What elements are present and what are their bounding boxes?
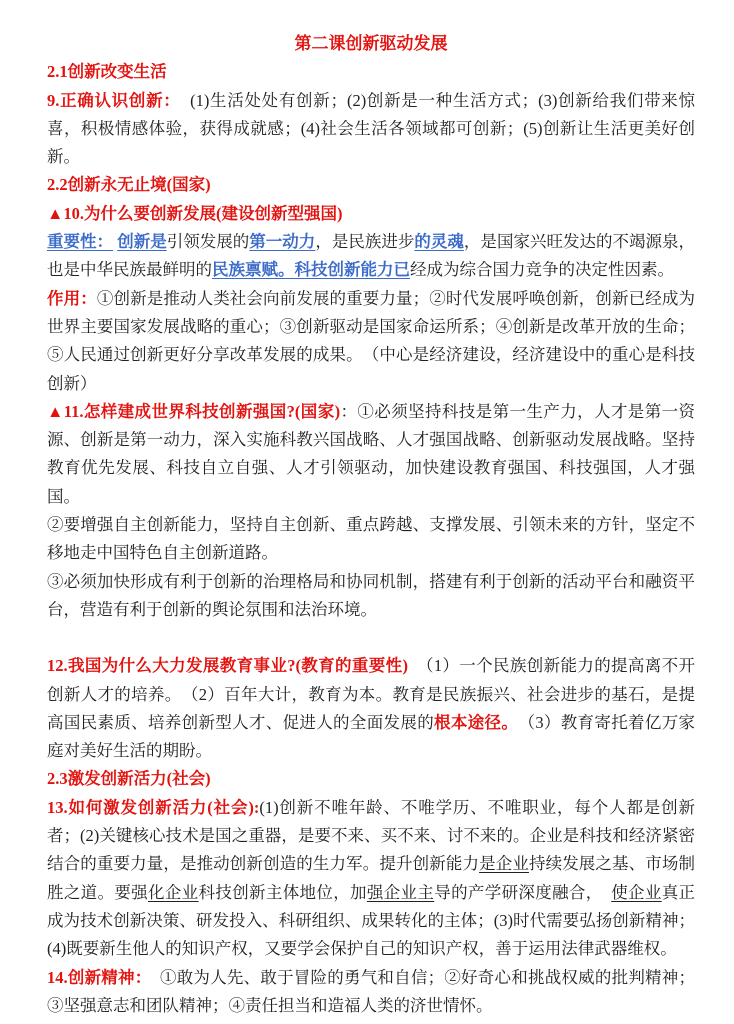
document-title: 第二课创新驱动发展 bbox=[47, 30, 695, 58]
text-run: 2.3激发创新活力(社会) bbox=[47, 769, 211, 788]
text-run: 创新是 bbox=[117, 232, 167, 251]
text-run: ▲11.怎样建成世界科技创新强国?(国家) bbox=[47, 402, 340, 421]
text-run: 使企业 bbox=[611, 883, 662, 902]
text-run: 第一动力 bbox=[249, 232, 315, 251]
text-run: 2.1创新改变生活 bbox=[47, 62, 167, 81]
text-run: 13.如何激发创新活力(社会): bbox=[47, 798, 259, 817]
text-run: 14.创新精神： bbox=[47, 968, 143, 987]
item-11-point-3: ③必须加快形成有利于创新的治理格局和协同机制，搭建有利于创新的活动平台和融资平台… bbox=[47, 568, 695, 625]
text-run: 作用： bbox=[47, 289, 97, 308]
item-10-role: 作用：①创新是推动人类社会向前发展的重要力量；②时代发展呼唤创新，创新已经成为世… bbox=[47, 285, 695, 398]
text-run: ①创新是推动人类社会向前发展的重要力量；②时代发展呼唤创新，创新已经成为世界主要… bbox=[47, 289, 695, 393]
document-page: 第二课创新驱动发展 2.1创新改变生活9.正确认识创新： (1)生活处处有创新；… bbox=[0, 0, 734, 1024]
text-run: 重要性： bbox=[47, 232, 113, 251]
item-13-stimulate-innovation: 13.如何激发创新活力(社会):(1)创新不唯年龄、不唯学历、不唯职业，每个人都… bbox=[47, 794, 695, 964]
text-run: 科技创新能力已 bbox=[295, 260, 411, 279]
heading-2-3: 2.3激发创新活力(社会) bbox=[47, 765, 695, 793]
blank-line bbox=[47, 624, 695, 652]
text-run: 科技创新主体地位，加 bbox=[199, 883, 367, 902]
item-9-understand-innovation: 9.正确认识创新： (1)生活处处有创新；(2)创新是一种生活方式；(3)创新给… bbox=[47, 87, 695, 172]
item-11-point-2: ②要增强自主创新能力，坚持自主创新、重点跨越、支撑发展、引领未来的方针，坚定不移… bbox=[47, 511, 695, 568]
item-11-how-to-build: ▲11.怎样建成世界科技创新强国?(国家)：①必须坚持科技是第一生产力，人才是第… bbox=[47, 398, 695, 511]
text-run: 化企业 bbox=[148, 883, 199, 902]
text-run: 2.2创新永无止境(国家) bbox=[47, 175, 211, 194]
text-run: 民族禀赋。 bbox=[212, 260, 295, 279]
heading-2-1: 2.1创新改变生活 bbox=[47, 58, 695, 86]
text-run: ①敢为人先、敢于冒险的勇气和自信；②好奇心和挑战权威的批判精神；③坚强意志和团队… bbox=[47, 968, 695, 1015]
text-run: ▲10.为什么要创新发展(建设创新型强国) bbox=[47, 204, 342, 223]
text-run: 经成为综合国力竞争的决定性因素。 bbox=[410, 260, 674, 279]
text-run: 9.正确认识创新： bbox=[47, 91, 180, 110]
item-10-why-innovate-heading: ▲10.为什么要创新发展(建设创新型强国) bbox=[47, 200, 695, 228]
text-run: 是企业 bbox=[479, 854, 529, 873]
text-run: 12.我国为什么大力发展教育事业?(教育的重要性) bbox=[47, 656, 408, 675]
text-run: ②要增强自主创新能力，坚持自主创新、重点跨越、支撑发展、引领未来的方针，坚定不移… bbox=[47, 515, 695, 562]
heading-2-2: 2.2创新永无止境(国家) bbox=[47, 171, 695, 199]
text-run: 强企业主 bbox=[367, 883, 434, 902]
text-run: 导的产学研深度融合， bbox=[434, 883, 611, 902]
item-14-innovation-spirit: 14.创新精神： ①敢为人先、敢于冒险的勇气和自信；②好奇心和挑战权威的批判精神… bbox=[47, 964, 695, 1021]
document-body: 2.1创新改变生活9.正确认识创新： (1)生活处处有创新；(2)创新是一种生活… bbox=[47, 58, 695, 1020]
item-12-education: 12.我国为什么大力发展教育事业?(教育的重要性) （1）一个民族创新能力的提高… bbox=[47, 652, 695, 765]
text-run: 根本途径。 bbox=[434, 713, 510, 732]
text-run: 的灵魂 bbox=[414, 232, 464, 251]
text-run: 引领发展的 bbox=[167, 232, 250, 251]
text-run: ，是民族进步 bbox=[315, 232, 414, 251]
item-10-importance: 重要性： 创新是引领发展的第一动力，是民族进步的灵魂，是国家兴旺发达的不竭源泉，… bbox=[47, 228, 695, 285]
text-run: ③必须加快形成有利于创新的治理格局和协同机制，搭建有利于创新的活动平台和融资平台… bbox=[47, 572, 695, 619]
